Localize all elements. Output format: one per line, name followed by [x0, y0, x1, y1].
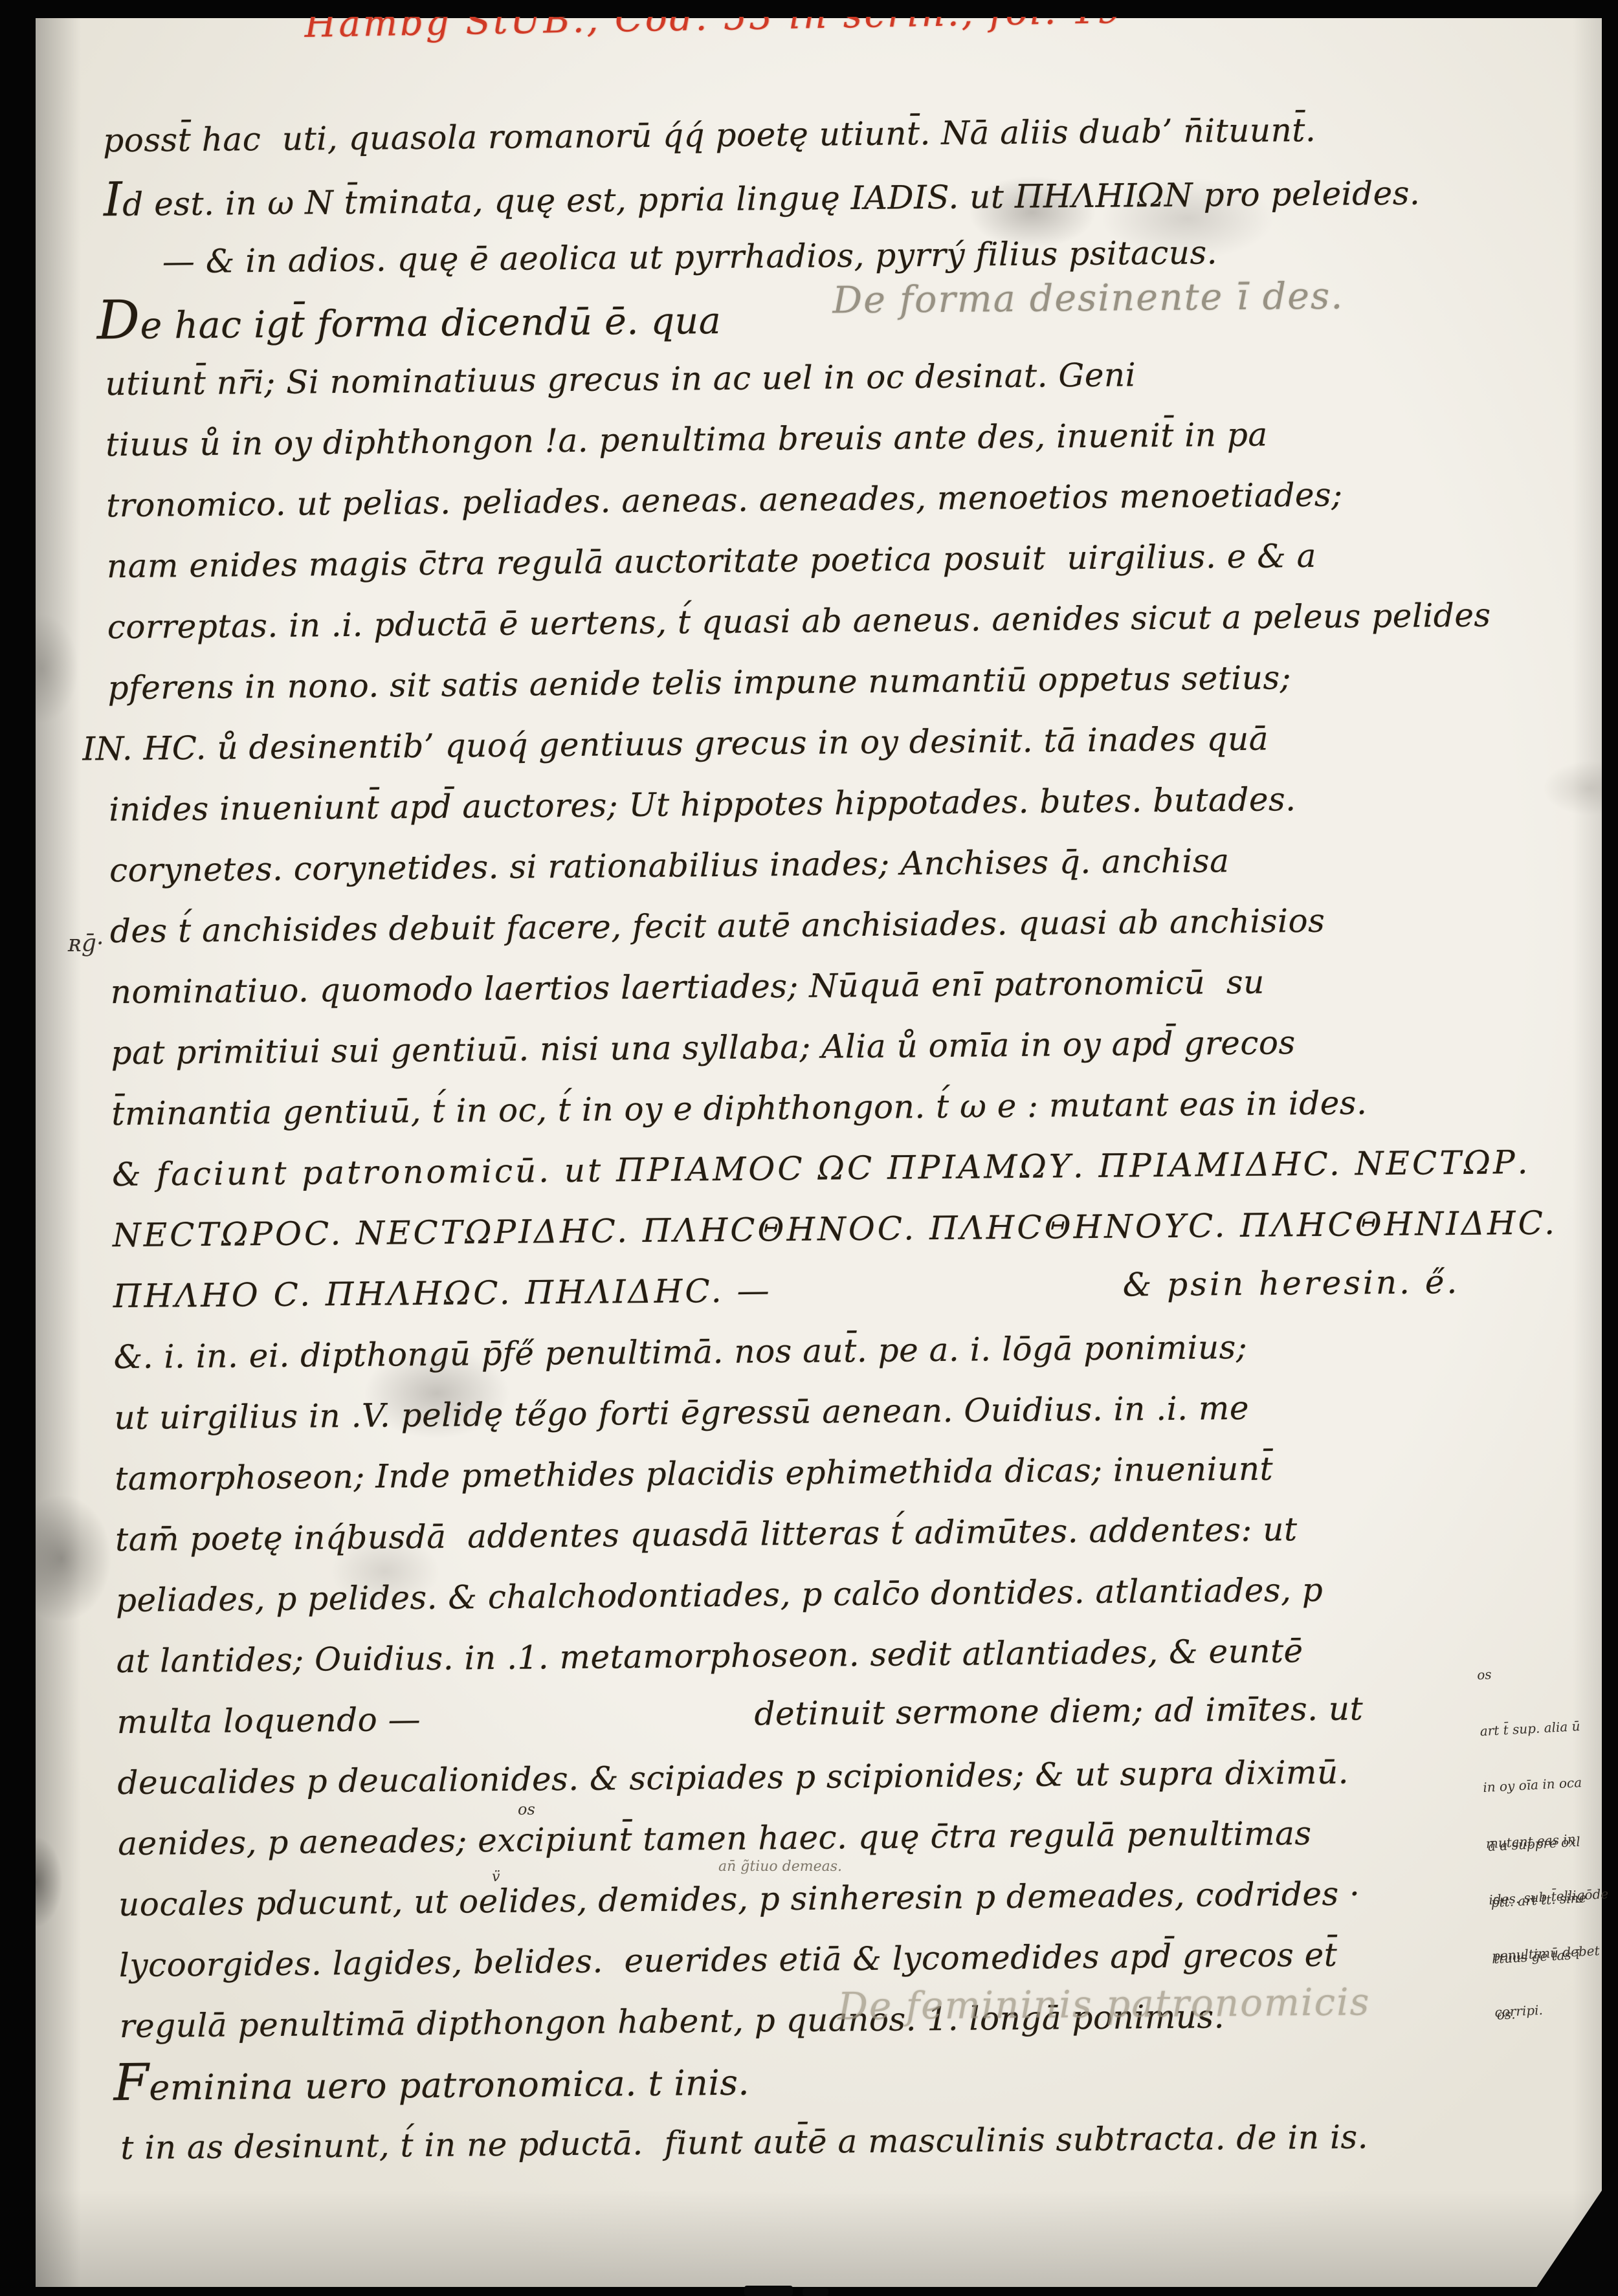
- chapter-rubric: De forma desinente ī des.: [832, 275, 1344, 322]
- right-margin-gloss-line: os.: [1496, 1998, 1618, 2025]
- right-margin-gloss-line: art t̄ sup. alia ū: [1479, 1714, 1618, 1741]
- manuscript-line: posst̄ hac uti, quasola romanorū q́q́ po…: [103, 111, 1316, 159]
- photo-black-border-top: [0, 0, 1618, 17]
- manuscript-line: Id est. in ω Ν t̄minata, quę est, ppria …: [104, 171, 1421, 223]
- manuscript-line: inides inueniunt̄ apd̄ auctores; Ut hipp…: [109, 780, 1296, 828]
- manuscript-line: tiuus ů in oy diphthongon !a. penultima …: [105, 416, 1268, 464]
- manuscript-line: pat primitiui sui gentiuū. nisi una syll…: [111, 1024, 1296, 1072]
- manuscript-line: peliades, p pelides. & chalchodontiades,…: [116, 1571, 1324, 1619]
- manuscript-line: ΝΕCΤΩΡΟC. ΝΕCΤΩΡΙΔΗC. ΠΛΗCΘΗΝΟC. ΠΛΗCΘΗΝ…: [113, 1204, 1557, 1254]
- manuscript-line: nominatiuo. quomodo laertios laertiades;…: [111, 964, 1265, 1011]
- right-margin-gloss-line: ā a suppre oxl: [1487, 1829, 1618, 1856]
- interlinear-gloss: v̈: [492, 1869, 500, 1885]
- manuscript-line: multa loquendo —detinuit sermone diem; a…: [116, 1701, 421, 1741]
- manuscript-photo: { "archival_annotation": { "text": "Hamb…: [0, 0, 1618, 2296]
- manuscript-line: at lantides; Ouidius. in .1. metamorphos…: [116, 1632, 1303, 1680]
- manuscript-line: & faciunt patronomicū. ut ΠΡΙΑΜΟC ΩC ΠΡΙ…: [112, 1143, 1531, 1193]
- manuscript-line: tamorphoseon; Inde pmethides placidis ep…: [115, 1450, 1273, 1498]
- interlinear-gloss: an̄ g̃tiuo demeas.: [718, 1859, 842, 1875]
- manuscript-line: De hac igt̄ forma dicendū ē. qua: [96, 295, 721, 348]
- manuscript-line: pferens in nono. sit satis aenide telis …: [107, 659, 1291, 707]
- manuscript-line: ut uirgilius in .V. pelidę te̋go forti ē…: [114, 1389, 1249, 1437]
- manuscript-line: &. i. in. ei. dipthongū p̄fe̋ penultimā.…: [113, 1329, 1247, 1376]
- manuscript-line-part: detinuit sermone diem; ad imītes. ut: [754, 1690, 1363, 1732]
- manuscript-line-part: & psin heresin. e̋.: [1123, 1263, 1460, 1304]
- manuscript-line: uocales pducunt, ut oelides, demides, p …: [118, 1875, 1360, 1923]
- chapter-rubric: De femininis patronomicis: [837, 1980, 1370, 2028]
- manuscript-line: corynetes. corynetides. si rationabilius…: [109, 842, 1230, 889]
- manuscript-text-block: posst̄ hac uti, quasola romanorū q́q́ po…: [0, 0, 1618, 2296]
- page-corner-black-wedge: [1531, 2167, 1618, 2296]
- manuscript-line: correptas. in .i. pductā ē uertens, t́ q…: [107, 597, 1491, 646]
- right-margin-gloss-line: p̄tt. art tt. sine: [1491, 1886, 1618, 1912]
- manuscript-line: nam enides magis c̄tra regulā auctoritat…: [107, 537, 1316, 585]
- manuscript-line-part: multa loquendo —: [116, 1701, 421, 1741]
- interlinear-gloss: os: [518, 1800, 535, 1818]
- right-margin-gloss-line: in oy oīa in oca: [1483, 1771, 1618, 1797]
- manuscript-line: t in as desinunt, t́ in ne pductā. fiunt…: [120, 2118, 1368, 2167]
- manuscript-line: lycoorgides. lagides, belides. euerides …: [119, 1936, 1338, 1984]
- manuscript-line: des t́ anchisides debuit facere, fecit a…: [110, 902, 1325, 950]
- manuscript-line: tronomico. ut pelias. peliades. aeneas. …: [106, 476, 1343, 525]
- left-margin-note: ʀḡ·: [68, 931, 104, 957]
- manuscript-line: ΠΗΛΗΟ C. ΠΗΛΗΩC. ΠΗΛΙΔΗC. —& psin heresi…: [113, 1272, 772, 1315]
- manuscript-line: aenides, p aeneades; excipiunt̄ tamen ha…: [118, 1815, 1312, 1862]
- right-margin-gloss: ā a suppre oxl p̄tt. art tt. sine ttuus …: [1485, 1792, 1618, 2044]
- manuscript-line: deucalides p deucalionides. & scipiades …: [117, 1754, 1349, 1802]
- manuscript-line: — & in adios. quę ē aeolica ut pyrrhadio…: [162, 234, 1218, 280]
- manuscript-line-part: ΠΗΛΗΟ C. ΠΗΛΗΩC. ΠΗΛΙΔΗC. —: [113, 1272, 772, 1315]
- photo-bottom-mark: [803, 2288, 828, 2296]
- right-margin-gloss-line: ttuus ḡe tas ī: [1493, 1942, 1618, 1969]
- manuscript-line: IN. HC. ů desinentib’ quoq́ gentiuus gre…: [82, 720, 1269, 768]
- manuscript-line: tam̄ poetę inq́busdā addentes quasdā lit…: [115, 1510, 1298, 1558]
- manuscript-line: utiunt̄ nr̄i; Si nominatiuus grecus in a…: [105, 356, 1136, 403]
- photo-bottom-mark: [744, 2286, 793, 2296]
- right-margin-gloss-line: os: [1476, 1658, 1618, 1684]
- manuscript-line: t̄minantia gentiuū, t́ in oc, t́ in oy e…: [111, 1084, 1367, 1132]
- manuscript-line: Feminina uero patronomica. t inis.: [113, 2059, 749, 2109]
